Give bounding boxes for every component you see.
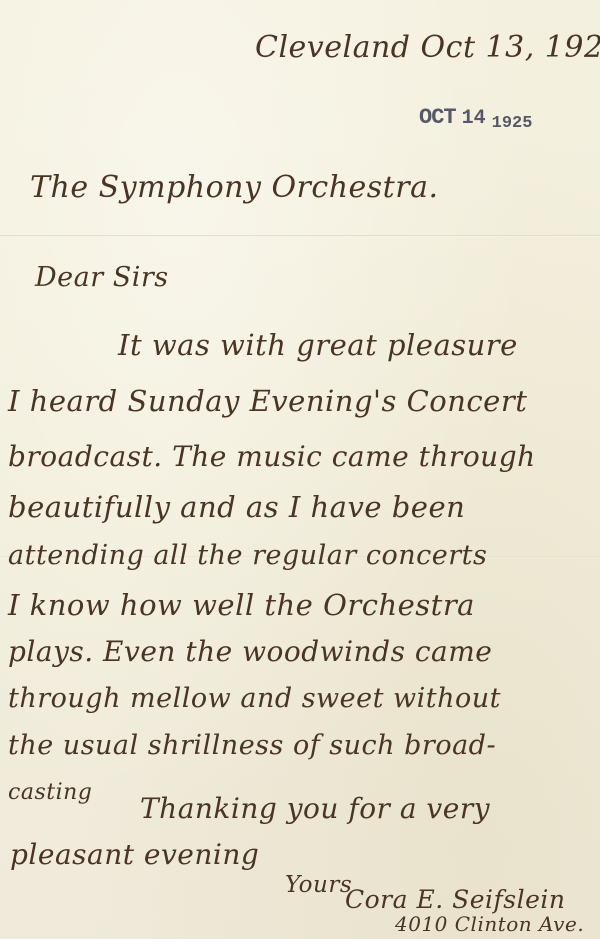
received-date-stamp: OCT141925 — [419, 105, 532, 130]
body-line: attending all the regular concerts — [8, 540, 487, 571]
closing-line: Thanking you for a very — [140, 792, 490, 825]
body-line: broadcast. The music came through — [8, 440, 536, 473]
body-line: casting — [8, 780, 92, 805]
addressee: The Symphony Orchestra. — [30, 170, 439, 205]
place-date: Cleveland Oct 13, 1925 — [255, 30, 600, 65]
stamp-day: 14 — [462, 107, 486, 130]
body-line: plays. Even the woodwinds came — [8, 635, 492, 668]
body-line: I know how well the Orchestra — [8, 588, 475, 622]
body-line: It was with great pleasure — [118, 328, 518, 362]
sender-address: 4010 Clinton Ave. — [395, 912, 584, 936]
signature: Cora E. Seifslein — [345, 885, 566, 914]
valediction: Yours — [285, 872, 352, 898]
body-line: beautifully and as I have been — [8, 490, 465, 524]
stamp-month: OCT — [419, 105, 456, 130]
body-line: through mellow and sweet without — [8, 683, 501, 714]
body-line: the usual shrillness of such broad- — [8, 730, 496, 761]
letter-page: Cleveland Oct 13, 1925 OCT141925 The Sym… — [0, 0, 600, 939]
closing-line: pleasant evening — [10, 838, 259, 871]
body-line: I heard Sunday Evening's Concert — [8, 384, 527, 418]
fold-crease — [0, 235, 600, 237]
stamp-year: 1925 — [492, 114, 533, 133]
salutation: Dear Sirs — [35, 262, 169, 293]
